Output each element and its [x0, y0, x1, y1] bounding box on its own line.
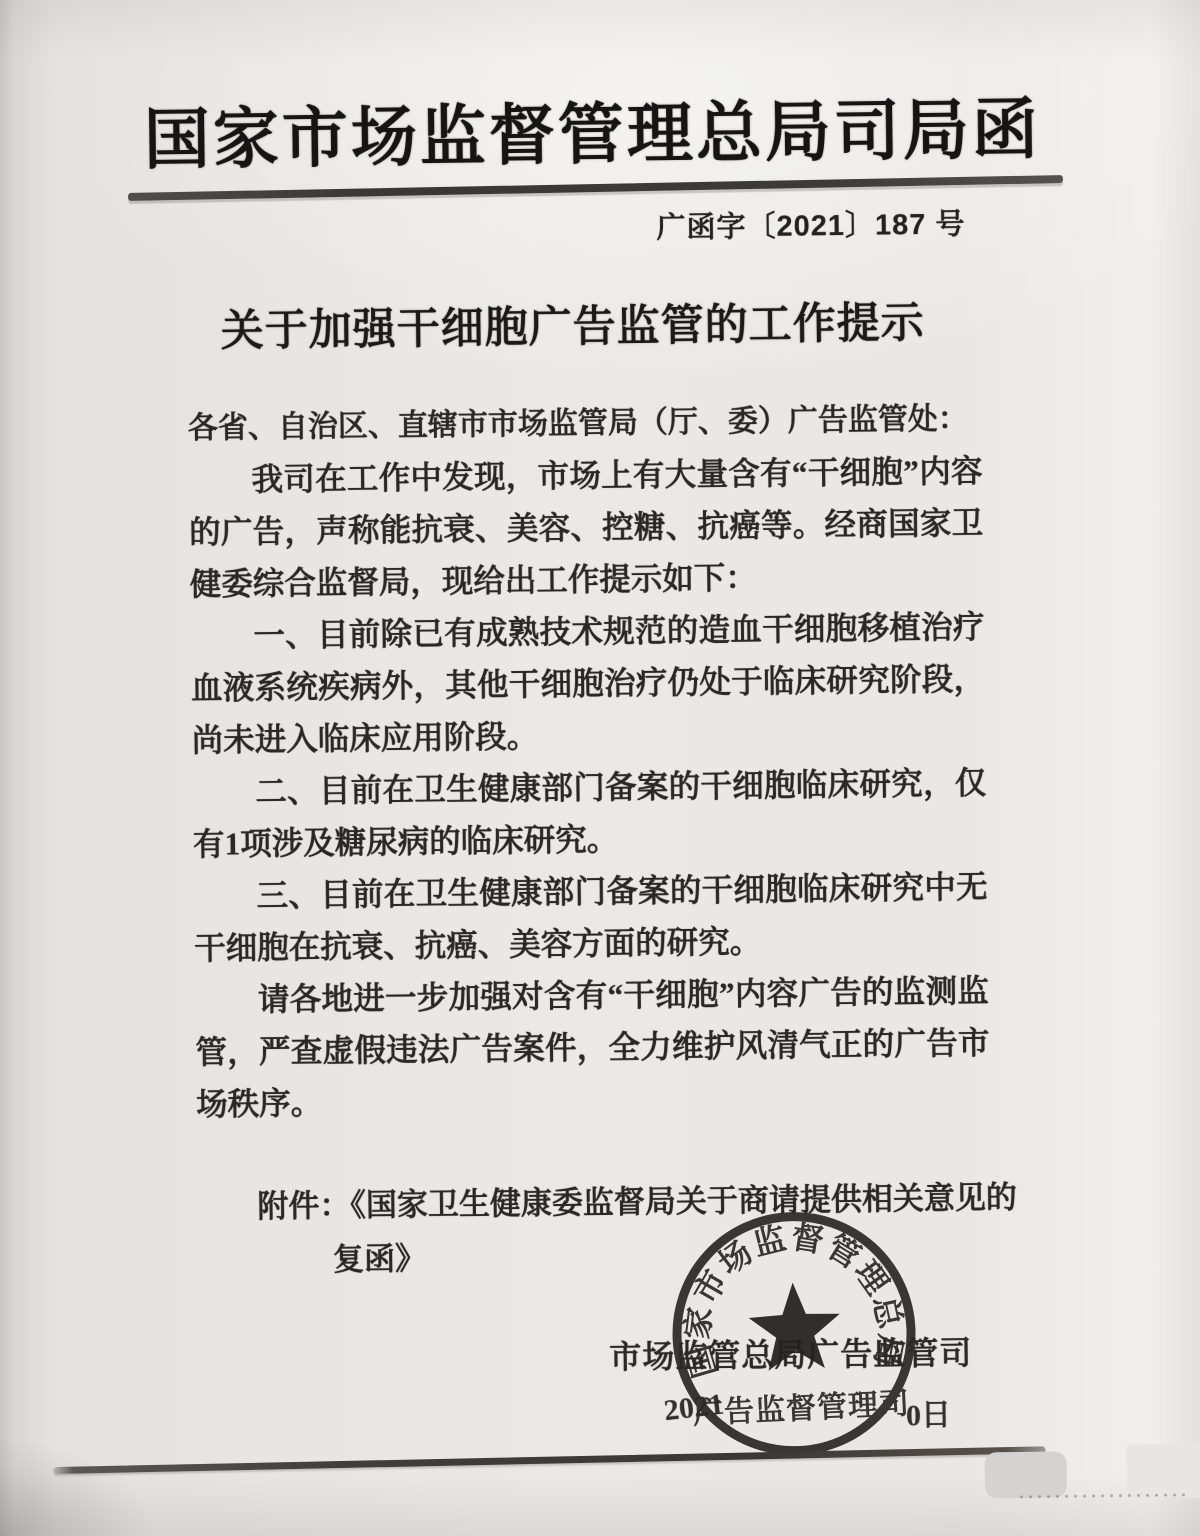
seal-star-icon — [747, 1281, 842, 1372]
salutation-line: 各省、自治区、直辖市市场监管局（厅、委）广告监管处： — [188, 393, 983, 455]
document-page: 国家市场监督管理总局司局函 广函字〔2021〕187 号 关于加强干细胞广告监管… — [0, 0, 1200, 1536]
body-paragraph: 一、目前除已有成熟技术规范的造血干细胞移植治疗血液系统疾病外，其他干细胞治疗仍处… — [190, 601, 986, 767]
official-seal: 国家市场监督管理总局 广告监督管理司 — [658, 1198, 930, 1470]
attachment-label: 附件： — [257, 1188, 350, 1224]
scanned-content: 国家市场监督管理总局司局函 广函字〔2021〕187 号 关于加强干细胞广告监管… — [0, 0, 1200, 1536]
body-paragraph: 我司在工作中发现，市场上有大量含有“干细胞”内容的广告，声称能抗衰、美容、控糖、… — [188, 445, 984, 611]
letter-body: 各省、自治区、直辖市市场监管局（厅、委）广告监管处： 我司在工作中发现，市场上有… — [188, 393, 991, 1131]
letterhead-title: 国家市场监督管理总局司局函 — [0, 85, 1193, 185]
scan-line-artifact — [54, 1446, 1046, 1474]
seal-bottom-text: 广告监督管理司 — [692, 1387, 910, 1430]
watermark-redaction-box — [984, 1451, 1067, 1498]
body-paragraph: 二、目前在卫生健康部门备案的干细胞临床研究，仅有1项涉及糖尿病的临床研究。 — [192, 757, 987, 871]
body-paragraph: 三、目前在卫生健康部门备案的干细胞临床研究中无干细胞在抗衰、抗癌、美容方面的研究… — [193, 861, 988, 975]
body-paragraph: 请各地进一步加强对含有“干细胞”内容广告的监测监管，严查虚假违法广告案件，全力维… — [195, 965, 991, 1131]
document-subject: 关于加强干细胞广告监管的工作提示 — [0, 286, 1173, 362]
document-number: 广函字〔2021〕187 号 — [656, 201, 965, 246]
blurred-watermark-text — [1017, 1491, 1187, 1503]
